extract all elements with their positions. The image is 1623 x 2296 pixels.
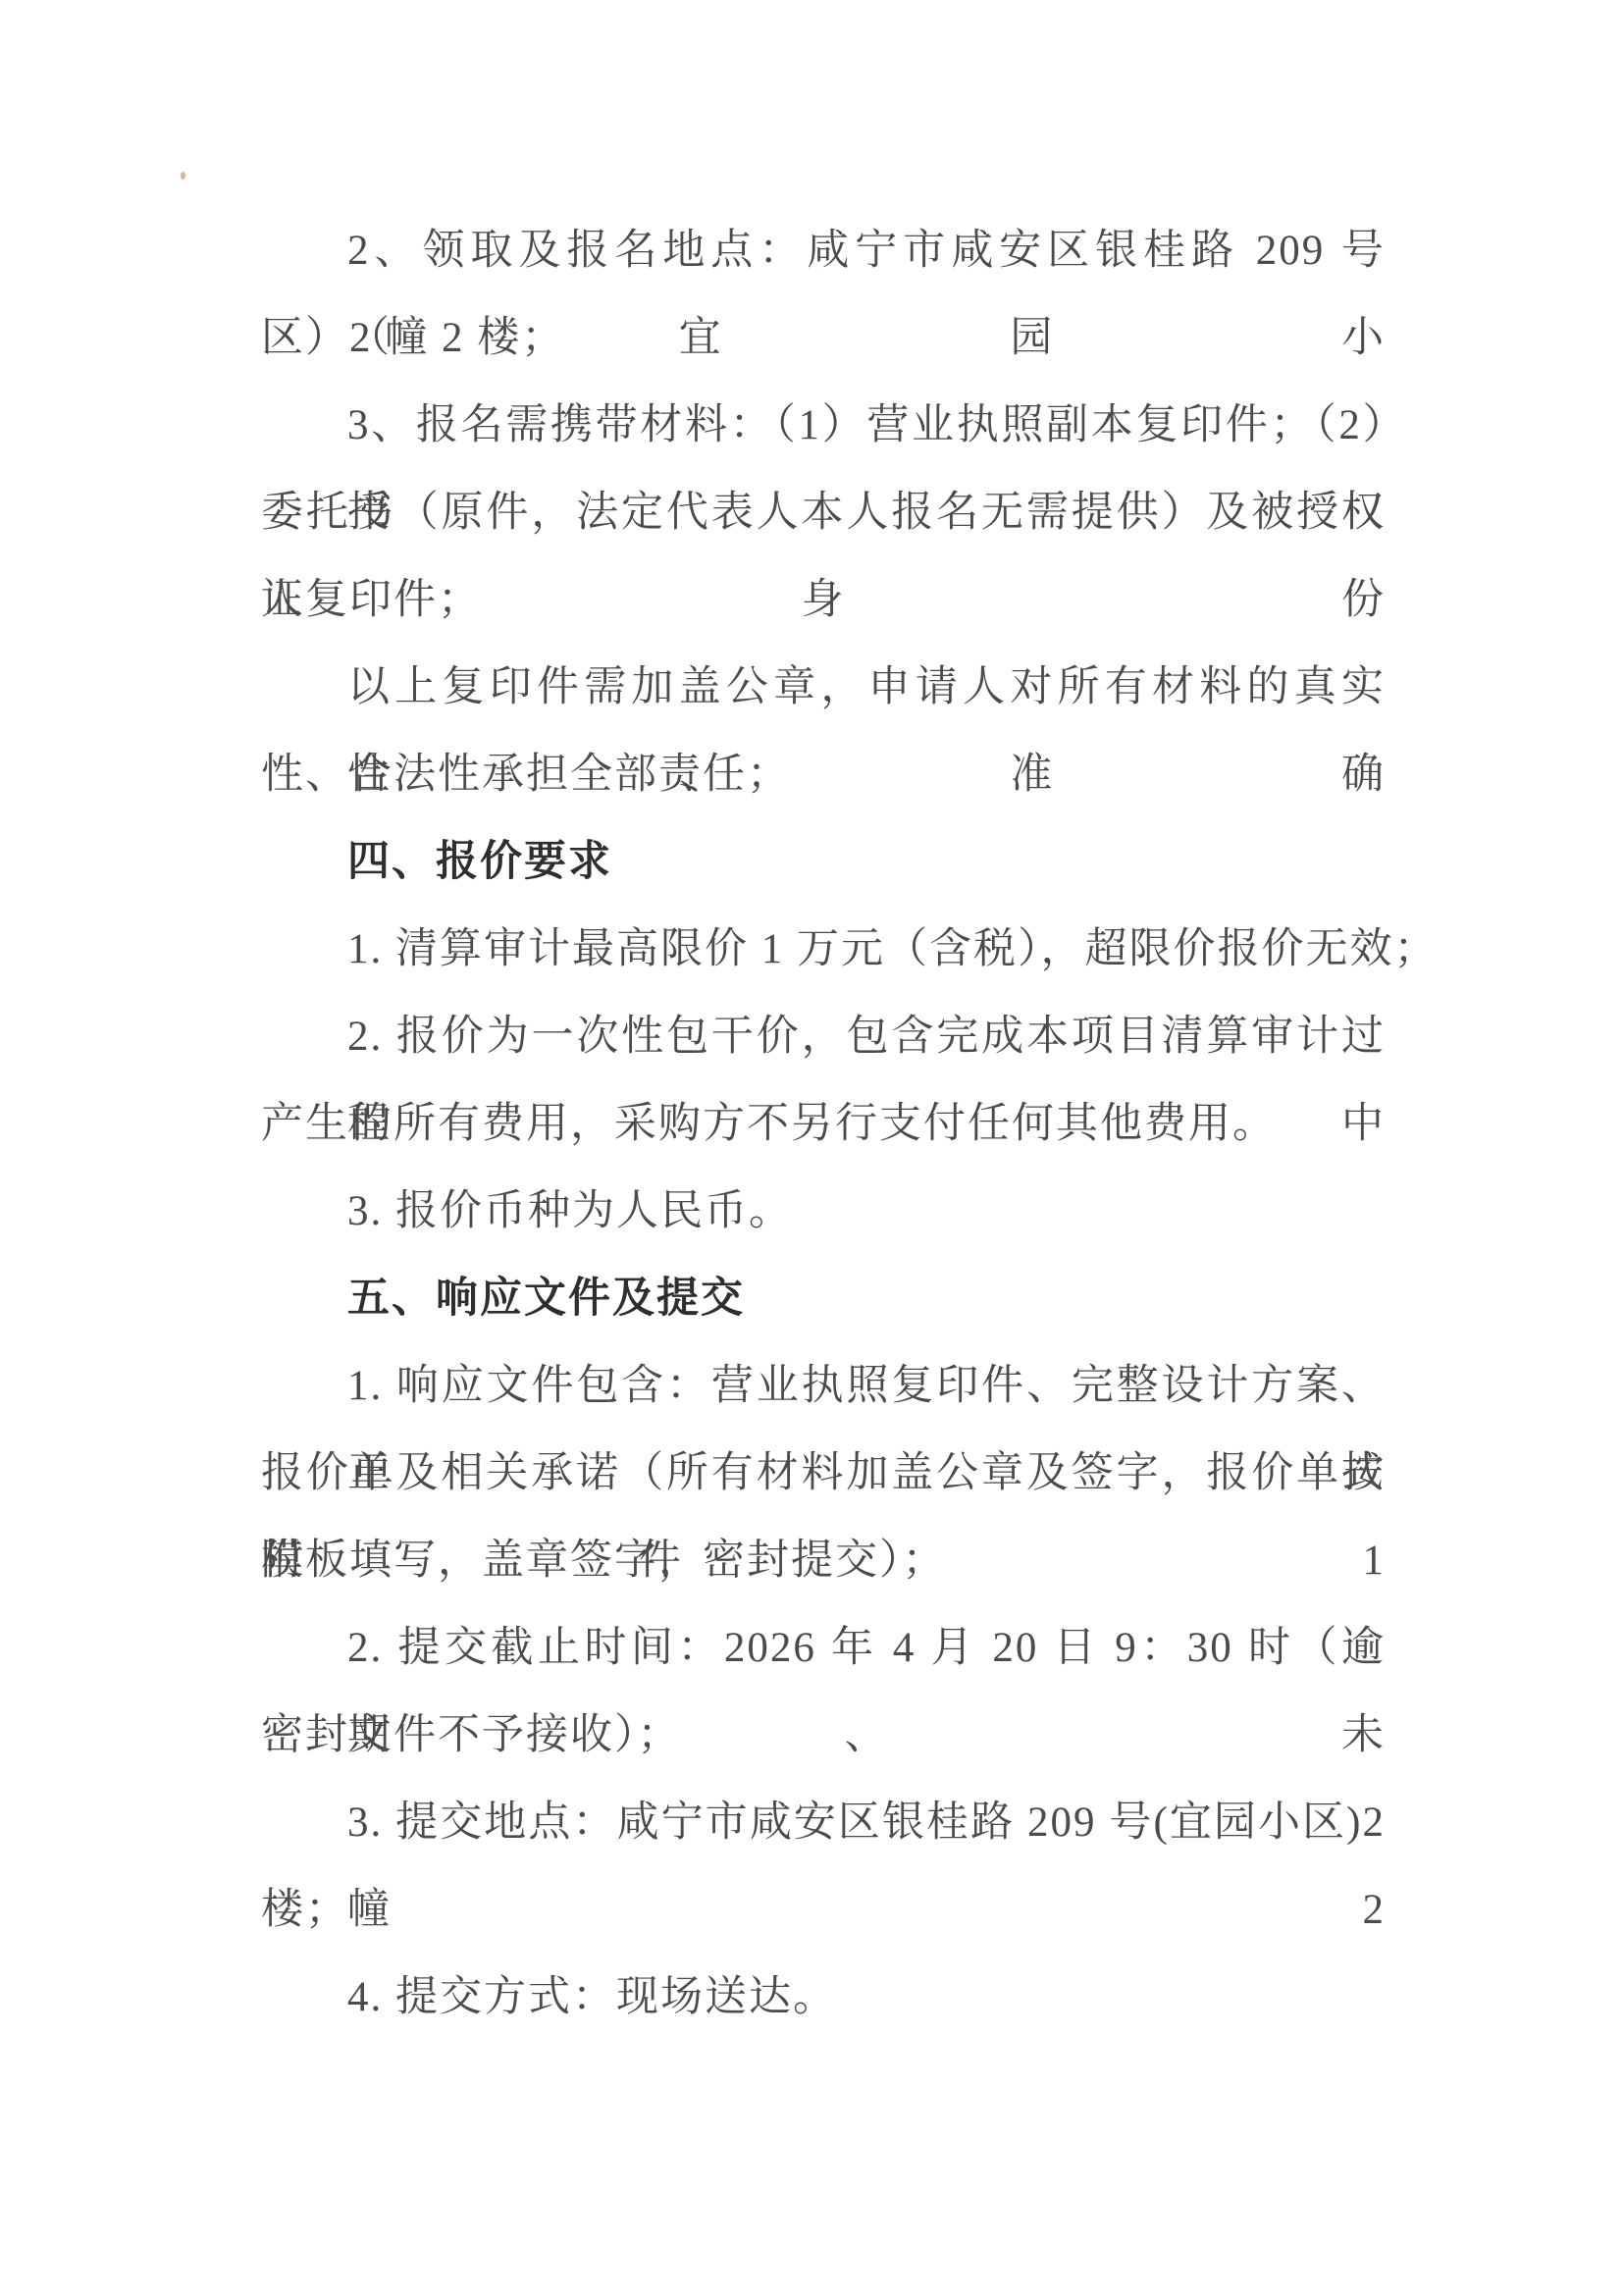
section5-item-4: 4. 提交方式：现场送达。	[261, 1954, 1386, 2041]
paragraph-3-line-2: 委托书（原件，法定代表人本人报名无需提供）及被授权人身份	[261, 469, 1386, 556]
paragraph-4-line-1: 以上复印件需加盖公章，申请人对所有材料的真实性、准确	[261, 644, 1386, 731]
document-body: 2、领取及报名地点：咸宁市咸安区银桂路 209 号（宜园小 区）2 幢 2 楼；…	[261, 207, 1386, 2041]
scan-artifact-speck	[181, 172, 185, 180]
section5-item-1-line-2: 报价单及相关承诺（所有材料加盖公章及签字，报价单按附件 1	[261, 1430, 1386, 1517]
section4-item-3: 3. 报价币种为人民币。	[261, 1168, 1386, 1255]
paragraph-3-line-1: 3、报名需携带材料：（1）营业执照副本复印件；（2）授权	[261, 382, 1386, 469]
paragraph-2-line-1: 2、领取及报名地点：咸宁市咸安区银桂路 209 号（宜园小	[261, 207, 1386, 294]
section4-item-2-line-1: 2. 报价为一次性包干价，包含完成本项目清算审计过程中	[261, 993, 1386, 1080]
section5-item-1-line-1: 1. 响应文件包含：营业执照复印件、完整设计方案、正式	[261, 1342, 1386, 1430]
section5-item-3-line-1: 3. 提交地点：咸宁市咸安区银桂路 209 号(宜园小区)2 幢 2	[261, 1779, 1386, 1866]
section-heading-4: 四、报价要求	[261, 818, 1386, 906]
section4-item-2-line-2: 产生的所有费用，采购方不另行支付任何其他费用。	[261, 1080, 1386, 1168]
document-page: 2、领取及报名地点：咸宁市咸安区银桂路 209 号（宜园小 区）2 幢 2 楼；…	[0, 0, 1623, 2296]
section4-item-1: 1. 清算审计最高限价 1 万元（含税），超限价报价无效；	[261, 906, 1386, 993]
section5-item-2-line-1: 2. 提交截止时间：2026 年 4 月 20 日 9：30 时（逾期、未	[261, 1604, 1386, 1692]
section-heading-5: 五、响应文件及提交	[261, 1255, 1386, 1342]
